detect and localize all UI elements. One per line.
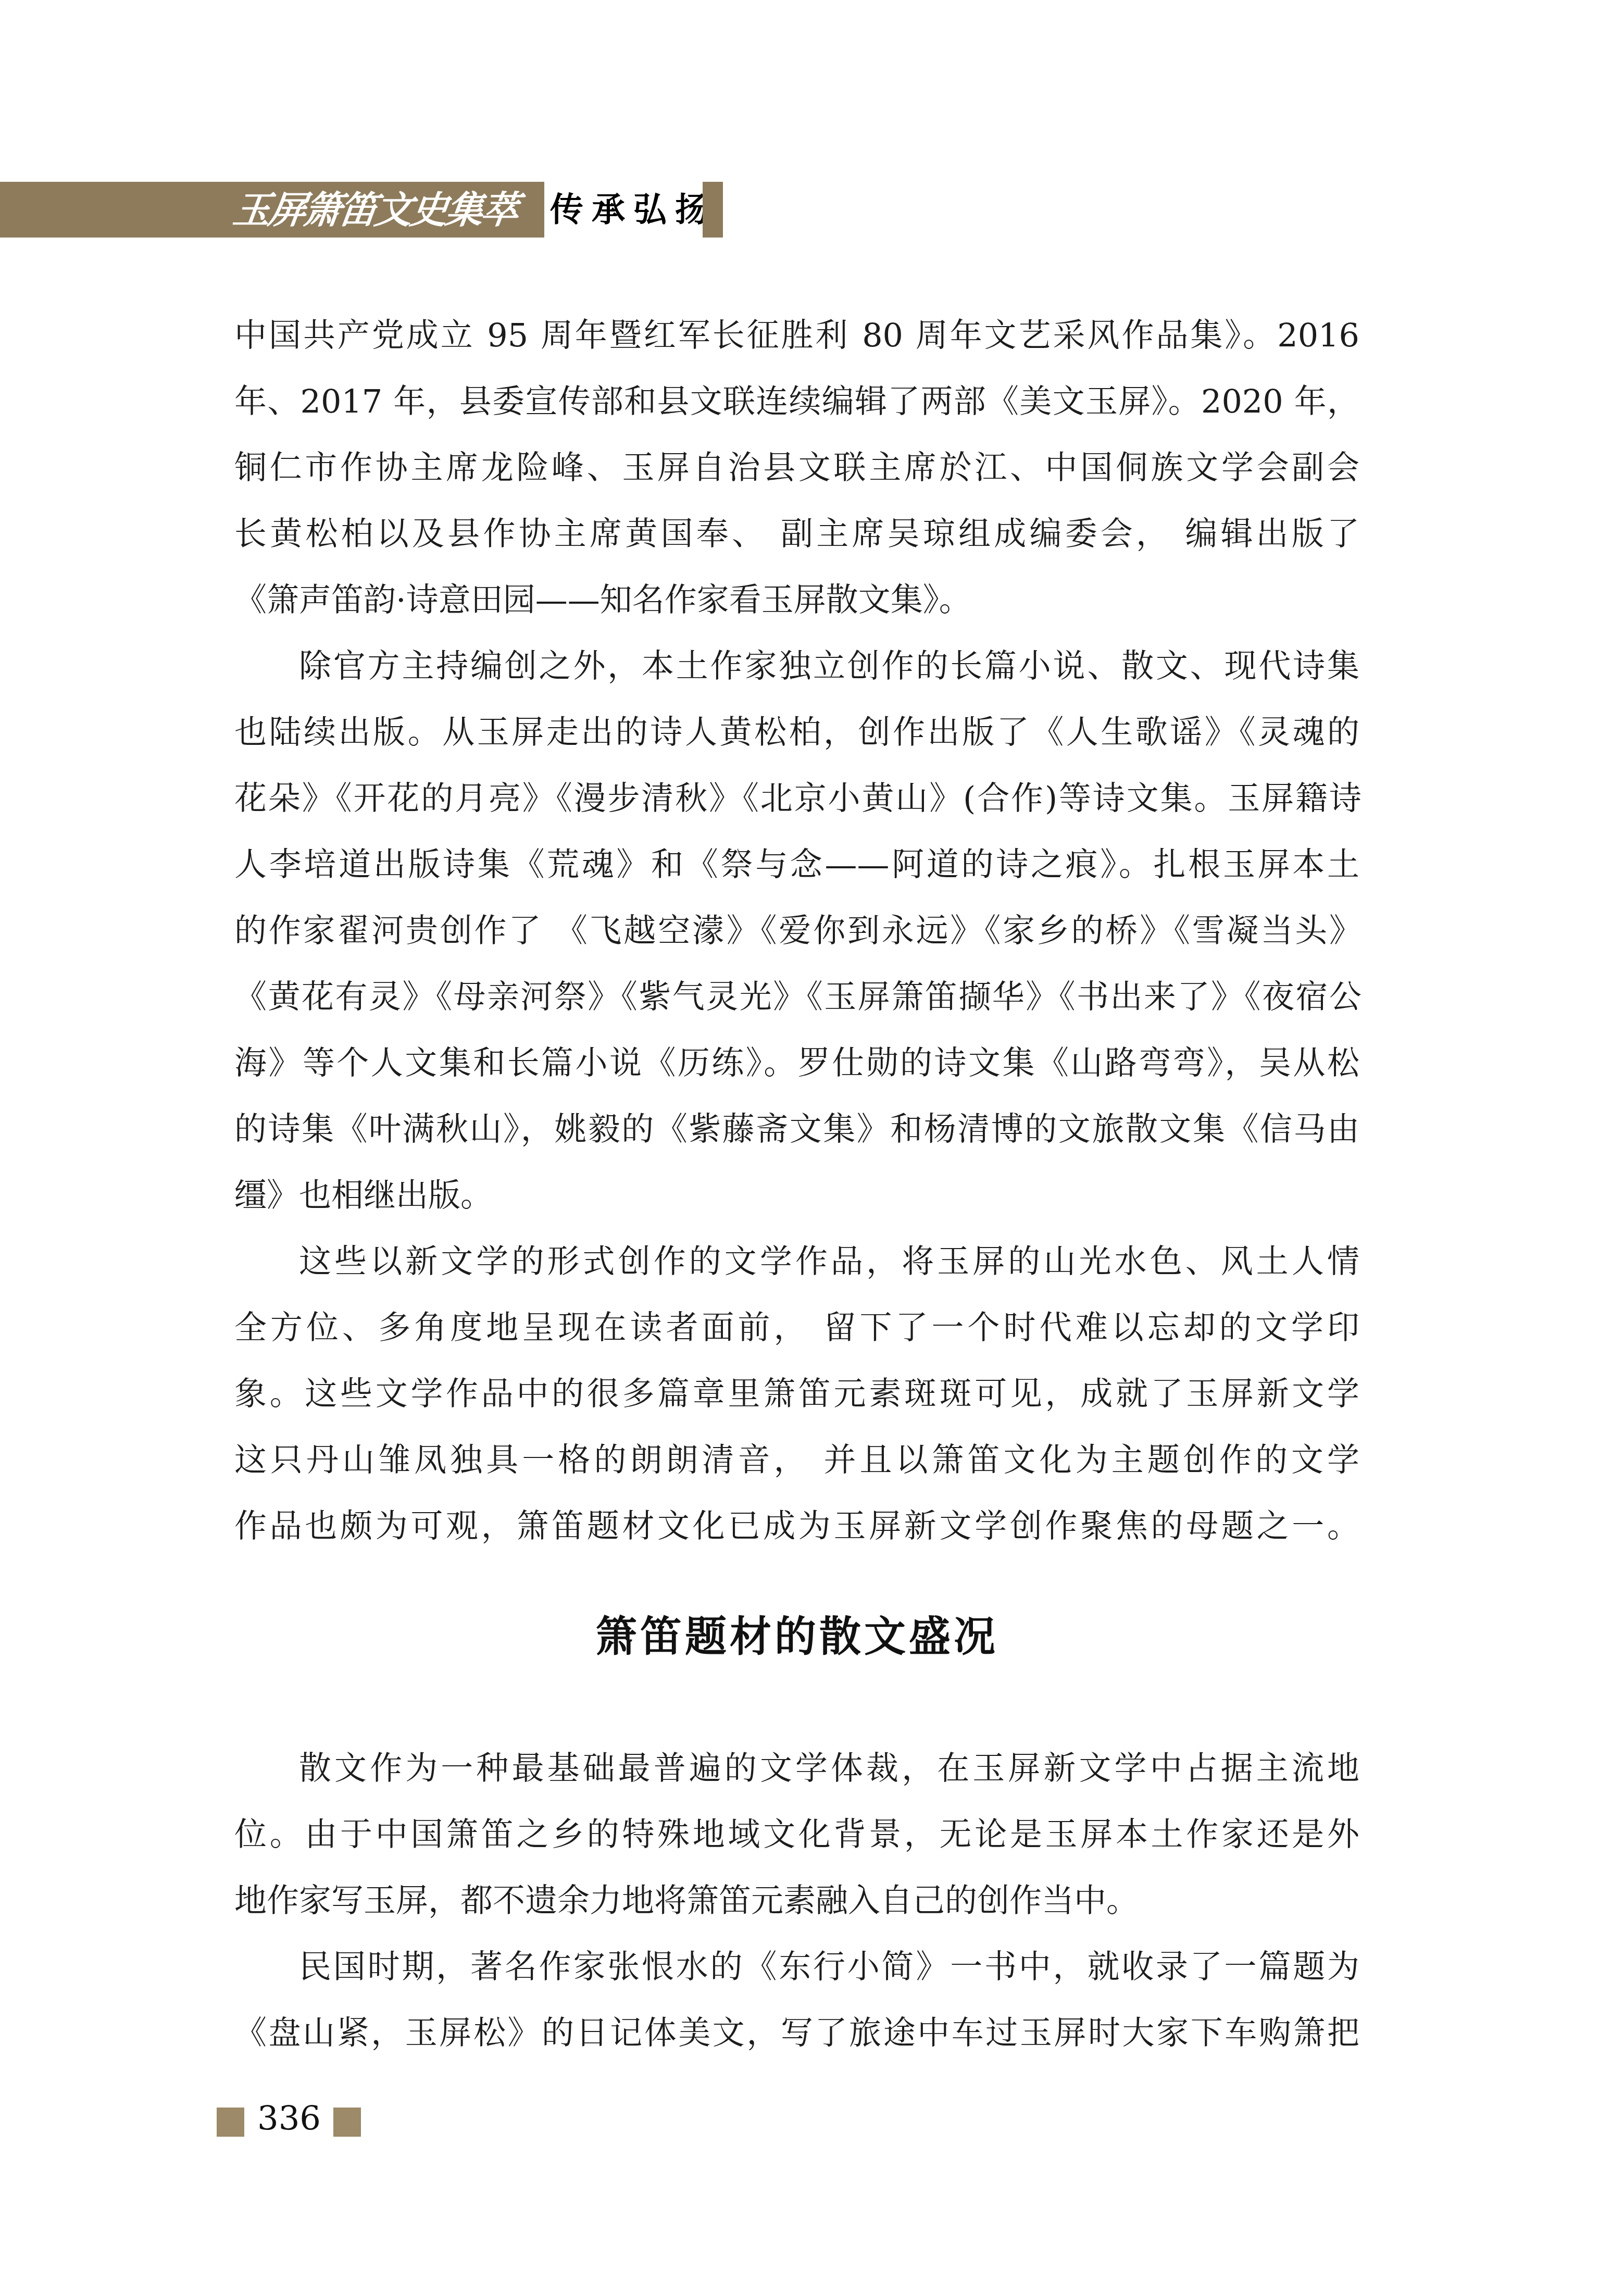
- body-line: 《黄花有灵》《母亲河祭》《紫气灵光》《玉屏箫笛撷华》《书出来了》《夜宿公: [234, 964, 1359, 1030]
- book-page: 玉屏箫笛文史集萃 传承弘扬 中国共产党成立 95 周年暨红军长征胜利 80 周年…: [0, 0, 1624, 2269]
- body-line: 这只丹山雏凤独具一格的朗朗清音， 并且以箫笛文化为主题创作的文学: [234, 1427, 1359, 1493]
- body-line: 人李培道出版诗集《荒魂》和《祭与念——阿道的诗之痕》。扎根玉屏本土: [234, 831, 1359, 897]
- page-number-ornament-left: [217, 2108, 244, 2137]
- body-line: 地作家写玉屏，都不遗余力地将箫笛元素融入自己的创作当中。: [234, 1867, 1359, 1934]
- body-line: 作品也颇为可观，箫笛题材文化已成为玉屏新文学创作聚焦的母题之一。: [234, 1493, 1359, 1559]
- header-accent-block: [703, 182, 723, 238]
- body-line: 长黄松柏以及县作协主席黄国奉、 副主席吴琼组成编委会， 编辑出版了: [234, 501, 1359, 567]
- page-number-ornament-right: [333, 2108, 361, 2137]
- section-heading: 箫笛题材的散文盛况: [234, 1607, 1359, 1665]
- body-line: 散文作为一种最基础最普遍的文学体裁，在玉屏新文学中占据主流地: [234, 1735, 1359, 1801]
- body-text-upper: 中国共产党成立 95 周年暨红军长征胜利 80 周年文艺采风作品集》。2016 …: [234, 302, 1359, 1559]
- body-line: 的诗集《叶满秋山》，姚毅的《紫藤斋文集》和杨清博的文旅散文集《信马由: [234, 1096, 1359, 1162]
- body-line: 全方位、多角度地呈现在读者面前， 留下了一个时代难以忘却的文学印: [234, 1294, 1359, 1361]
- body-line: 铜仁市作协主席龙险峰、玉屏自治县文联主席於江、中国侗族文学会副会: [234, 434, 1359, 501]
- body-line: 缰》也相继出版。: [234, 1162, 1359, 1228]
- body-line: 也陆续出版。从玉屏走出的诗人黄松柏，创作出版了《人生歌谣》《灵魂的: [234, 699, 1359, 765]
- body-line: 海》等个人文集和长篇小说《历练》。罗仕勋的诗文集《山路弯弯》，吴从松: [234, 1030, 1359, 1096]
- series-title-calligraphy: 玉屏箫笛文史集萃: [230, 184, 533, 235]
- header-section-label: 传承弘扬: [550, 182, 717, 238]
- body-line: 这些以新文学的形式创作的文学作品，将玉屏的山光水色、风土人情: [234, 1228, 1359, 1294]
- body-line: 位。由于中国箫笛之乡的特殊地域文化背景，无论是玉屏本土作家还是外: [234, 1801, 1359, 1867]
- body-line: 《箫声笛韵·诗意田园——知名作家看玉屏散文集》。: [234, 567, 1359, 633]
- body-line: 除官方主持编创之外，本土作家独立创作的长篇小说、散文、现代诗集: [234, 633, 1359, 699]
- header-banner-band: 玉屏箫笛文史集萃: [0, 182, 544, 238]
- body-line: 年、2017 年，县委宣传部和县文联连续编辑了两部《美文玉屏》。2020 年，: [234, 368, 1359, 434]
- body-line: 花朵》《开花的月亮》《漫步清秋》《北京小黄山》(合作)等诗文集。玉屏籍诗: [234, 765, 1359, 831]
- body-text-lower: 散文作为一种最基础最普遍的文学体裁，在玉屏新文学中占据主流地 位。由于中国箫笛之…: [234, 1735, 1359, 2066]
- body-line: 中国共产党成立 95 周年暨红军长征胜利 80 周年文艺采风作品集》。2016: [234, 302, 1359, 368]
- body-line: 民国时期，著名作家张恨水的《东行小简》一书中，就收录了一篇题为: [234, 1934, 1359, 2000]
- body-line: 象。这些文学作品中的很多篇章里箫笛元素斑斑可见，成就了玉屏新文学: [234, 1361, 1359, 1427]
- body-line: 的作家翟河贵创作了 《飞越空濛》《爱你到永远》《家乡的桥》《雪凝当头》: [234, 897, 1359, 964]
- body-line: 《盘山紧，玉屏松》的日记体美文，写了旅途中车过玉屏时大家下车购箫把: [234, 2000, 1359, 2066]
- page-number: 336: [245, 2098, 333, 2140]
